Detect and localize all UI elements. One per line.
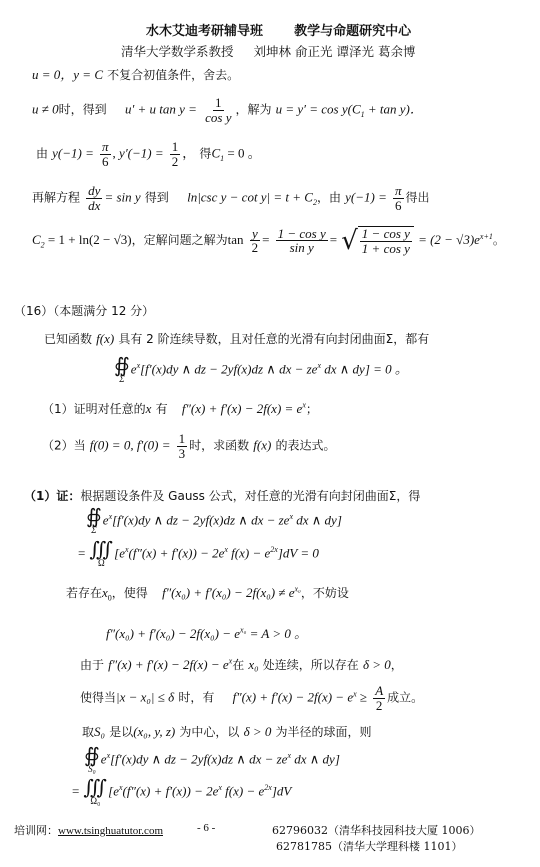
math-inline: S₀ <box>94 724 105 739</box>
triple-integral: ∭Ω <box>89 540 113 568</box>
solution-line-5: C2 = 1 + ln(2 − √3)，定解问题之解为tan y2= 1 − c… <box>32 226 505 255</box>
proof-neighborhood: 使得当|x − x₀| ≤ δ 时，有 f″(x) + f′(x) − 2f(x… <box>80 684 423 712</box>
author: 刘坤林 <box>253 44 291 59</box>
header-title: 水木艾迪考研辅导班 教学与命题研究中心 <box>146 20 411 39</box>
text: 得出 <box>406 191 430 205</box>
text: 是以 <box>109 725 133 739</box>
authors-label: 清华大学数学系教授 <box>121 44 234 59</box>
text: 为中心，以 <box>179 725 239 739</box>
superscript: 2x <box>270 545 278 554</box>
text: 具有 2 阶连续导数，且对任意的光滑有向封闭曲面Σ，都有 <box>118 332 429 346</box>
math-inline: [e <box>108 784 119 799</box>
math-inline: x₀ <box>248 657 258 672</box>
radical-icon: √ <box>341 228 358 254</box>
math-inline: = 1 + ln(2 − √3) <box>45 232 132 247</box>
text: 为半径的球面，则 <box>276 725 372 739</box>
math-inline: f(x) <box>253 438 271 453</box>
math-inline: |x − x₀| ≤ δ <box>116 690 174 705</box>
solution-line-1: u = 0，y = C 不复合初值条件，舍去。 <box>32 64 239 83</box>
triple-integral-icon: ∭ <box>83 778 107 796</box>
math-inline: y′(−1) = <box>119 146 164 161</box>
math-inline: f″(x) + f′(x) − 2f(x) − e <box>233 690 353 705</box>
math-inline: tan <box>228 232 244 247</box>
text: ，解为 <box>235 103 271 117</box>
text: 时，得到 <box>59 103 107 117</box>
header-authors: 清华大学数学系教授 刘坤林 俞正光 谭泽光 葛余博 <box>121 42 416 60</box>
math-inline: = 0 。 <box>224 146 261 161</box>
proof-volume-integral-2: = ∭Ω₀[ex(f″(x) + f′(x)) − 2ex f(x) − e2x… <box>72 778 291 806</box>
superscript: 2x <box>264 783 272 792</box>
math-inline: u = 0，y = C <box>32 67 103 82</box>
math-inline: dx ∧ dy] <box>293 513 342 528</box>
math-inline: [f′(x)dy ∧ dz − 2yf(x)dz ∧ dx − ze <box>140 362 317 377</box>
equals: = <box>72 784 79 799</box>
numerator: A <box>373 684 385 699</box>
math-inline: f″(x) + f′(x) − 2f(x) = e <box>182 401 302 416</box>
math-inline: ]dV = 0 <box>278 546 319 561</box>
proof-continuity: 由于 f″(x) + f′(x) − 2f(x) − ex在 x₀ 处连续，所以… <box>80 656 403 673</box>
text: 根据题设条件及 Gauss 公式，对任意的光滑有向封闭曲面Σ，得 <box>80 489 420 503</box>
superscript: x+1 <box>480 232 493 241</box>
equals: = <box>78 546 85 561</box>
solution-line-4: 再解方程 dydx= sin y 得到 ln|csc y − cot y| = … <box>32 184 430 212</box>
proof-volume-integral: = ∭Ω[ex(f″(x) + f′(x)) − 2ex f(x) − e2x]… <box>78 540 319 568</box>
math-inline: = (2 − √3)e <box>418 232 480 247</box>
math-inline: f(x) − e <box>228 546 270 561</box>
header-title-left: 水木艾迪考研辅导班 <box>146 24 263 39</box>
math-inline: (f″(x) + f′(x)) − 2e <box>123 784 219 799</box>
surface-integral: ∯Σ <box>114 356 130 384</box>
numerator: 1 <box>213 96 224 111</box>
text: 得 <box>199 147 211 161</box>
math-inline: u′ + u tan y = <box>125 102 197 117</box>
text: 。 <box>493 233 505 247</box>
problem-heading: （16）（本题满分 12 分） <box>14 302 154 319</box>
surface-integral-icon: ∯ <box>114 356 130 374</box>
integral-limit: Σ <box>91 525 96 535</box>
math-inline: [f′(x)dy ∧ dz − 2yf(x)dz ∧ dx − ze <box>112 513 289 528</box>
triple-integral: ∭Ω₀ <box>83 778 107 806</box>
fraction: y2 <box>250 227 261 255</box>
footer-phone-1: 62796032（清华科技园科技大厦 1006） <box>272 822 480 838</box>
author: 俞正光 <box>295 44 333 59</box>
math-inline: u = y′ = cos y(C <box>276 102 361 117</box>
square-root: √1 − cos y1 + cos y <box>341 226 414 255</box>
math-inline: f(0) = 0, f′(0) = <box>90 438 171 453</box>
text: ， <box>391 658 403 672</box>
text: ，定解问题之解为 <box>132 233 228 247</box>
math-inline: f(x) <box>96 331 114 346</box>
surface-integral-icon: ∯ <box>86 507 102 525</box>
math-inline: y(−1) = <box>52 146 94 161</box>
fraction: A2 <box>373 684 385 712</box>
math-inline: C <box>211 146 220 161</box>
footer-site: 培训网：www.tsinghuatutor.com <box>14 822 163 838</box>
text: 成立。 <box>387 691 423 705</box>
solution-line-2: u ≠ 0时，得到 u′ + u tan y = 1cos y，解为 u = y… <box>32 96 423 124</box>
surface-integral: ∯S₀ <box>84 746 100 774</box>
integral-limit: S₀ <box>88 764 96 774</box>
text: 时，求函数 <box>189 439 249 453</box>
site-link[interactable]: www.tsinghuatutor.com <box>58 825 163 837</box>
text: 得到 <box>145 191 169 205</box>
text: 由 <box>36 147 48 161</box>
proof-intro: （1）证：根据题设条件及 Gauss 公式，对任意的光滑有向封闭曲面Σ，得 <box>24 487 420 504</box>
math-inline: dx ∧ dy] = 0 。 <box>321 362 408 377</box>
denominator: 6 <box>100 155 111 169</box>
math-inline: [e <box>114 546 125 561</box>
fraction: dydx <box>86 184 102 212</box>
triple-integral-icon: ∭ <box>89 540 113 558</box>
surface-integral: ∯Σ <box>86 507 102 535</box>
math-inline: C <box>32 232 41 247</box>
text: 若存在 <box>66 586 102 600</box>
equals: = <box>330 232 337 247</box>
math-inline: u ≠ 0 <box>32 102 59 117</box>
site-label: 培训网： <box>14 824 58 837</box>
math-inline: δ > 0 <box>363 657 391 672</box>
proof-label: （1）证： <box>24 489 80 503</box>
math-inline: + tan y)． <box>365 102 423 117</box>
numerator: π <box>100 140 111 155</box>
denominator: 3 <box>177 447 188 461</box>
math-inline: f″(x₀) + f′(x₀) − 2f(x₀) ≠ e <box>162 585 294 600</box>
text: 的表达式。 <box>275 439 335 453</box>
math-inline: f″(x) + f′(x) − 2f(x) − e <box>108 657 228 672</box>
surface-integral-icon: ∯ <box>84 746 100 764</box>
proof-a-equation: f″(x₀) + f′(x₀) − 2f(x₀) − ex₀ = A > 0 。 <box>106 623 307 642</box>
denominator: 2 <box>250 241 261 255</box>
header-title-right: 教学与命题研究中心 <box>294 24 411 39</box>
text: ； <box>306 402 318 416</box>
footer-phone-2: 62781785（清华大学理科楼 1101） <box>276 838 462 854</box>
denominator: 2 <box>374 699 385 713</box>
math-inline: y(−1) = <box>345 190 387 205</box>
text: 处连续，所以存在 <box>263 658 359 672</box>
numerator: 1 <box>177 432 188 447</box>
text: 时，有 <box>178 691 214 705</box>
math-inline: ]dV <box>272 784 292 799</box>
author: 谭泽光 <box>336 44 374 59</box>
fraction: π6 <box>100 140 111 168</box>
text: 不复合初值条件，舍去。 <box>107 68 239 82</box>
math-inline: = sin y <box>104 190 140 205</box>
text: ，由 <box>317 191 341 205</box>
text: （1）证明对任意的 <box>42 402 146 416</box>
problem-statement: 已知函数 f(x) 具有 2 阶连续导数，且对任意的光滑有向封闭曲面Σ，都有 <box>44 330 429 347</box>
denominator: 6 <box>393 199 404 213</box>
math-inline: ln|csc y − cot y| = t + C <box>187 190 313 205</box>
integral-limit: Ω₀ <box>90 796 100 806</box>
text: 取 <box>82 725 94 739</box>
integral-limit: Ω <box>98 558 105 568</box>
math-inline: [f′(x)dy ∧ dz − 2yf(x)dz ∧ dx − ze <box>110 752 287 767</box>
fraction: 1 − cos ysin y <box>276 227 328 255</box>
solution-line-3: 由 y(−1) = π6, y′(−1) = 12， 得C1 = 0 。 <box>36 140 261 168</box>
math-inline: δ > 0 <box>244 724 272 739</box>
math-inline: f″(x₀) + f′(x₀) − 2f(x₀) − e <box>106 626 240 641</box>
integral-limit: Σ <box>119 374 124 384</box>
text: ，不妨设 <box>301 586 349 600</box>
denominator: sin y <box>288 241 316 255</box>
text: 有 <box>156 402 168 416</box>
equals: = <box>262 232 269 247</box>
proof-assumption: 若存在x0，使得 f″(x₀) + f′(x₀) − 2f(x₀) ≠ ex₀，… <box>66 584 349 603</box>
problem-part-2: （2）当 f(0) = 0, f′(0) = 13时，求函数 f(x) 的表达式… <box>42 432 335 460</box>
math-inline: (f″(x) + f′(x)) − 2e <box>129 546 225 561</box>
math-inline: dx ∧ dy] <box>291 752 340 767</box>
fraction: 1cos y <box>203 96 233 124</box>
proof-sphere: 取S₀ 是以(x₀, y, z) 为中心，以 δ > 0 为半径的球面，则 <box>82 723 372 740</box>
numerator: 1 <box>170 140 181 155</box>
text: （2）当 <box>42 439 86 453</box>
fraction: 13 <box>177 432 188 460</box>
problem-integral: ∯Σex[f′(x)dy ∧ dz − 2yf(x)dz ∧ dx − zex … <box>114 356 408 384</box>
problem-part-1: （1）证明对任意的x 有 f″(x) + f′(x) − 2f(x) = ex； <box>42 400 318 417</box>
math-inline: (x₀, y, z) <box>133 724 175 739</box>
page-number: - 6 - <box>197 822 215 834</box>
math-inline: = A > 0 。 <box>246 626 307 641</box>
denominator: cos y <box>203 111 233 125</box>
math-inline: ≥ <box>357 690 367 705</box>
text: 已知函数 <box>44 332 92 346</box>
fraction: 12 <box>170 140 181 168</box>
math-inline: f(x) − e <box>222 784 264 799</box>
text: 使得当 <box>80 691 116 705</box>
denominator: 2 <box>170 155 181 169</box>
numerator: dy <box>86 184 102 199</box>
numerator: 1 − cos y <box>360 227 412 242</box>
denominator: 1 + cos y <box>360 242 412 256</box>
fraction: 1 − cos y1 + cos y <box>360 227 412 255</box>
numerator: y <box>250 227 260 242</box>
text: 在 <box>232 658 244 672</box>
numerator: π <box>393 184 404 199</box>
math-inline: x <box>146 401 152 416</box>
text: 再解方程 <box>32 191 80 205</box>
proof-surface-integral: ∯Σex[f′(x)dy ∧ dz − 2yf(x)dz ∧ dx − zex … <box>86 507 342 535</box>
numerator: 1 − cos y <box>276 227 328 242</box>
fraction: π6 <box>393 184 404 212</box>
denominator: dx <box>86 199 102 213</box>
proof-surface-integral-2: ∯S₀ex[f′(x)dy ∧ dz − 2yf(x)dz ∧ dx − zex… <box>84 746 340 774</box>
text: 由于 <box>80 658 104 672</box>
text: ，使得 <box>112 586 148 600</box>
author: 葛余博 <box>378 44 416 59</box>
